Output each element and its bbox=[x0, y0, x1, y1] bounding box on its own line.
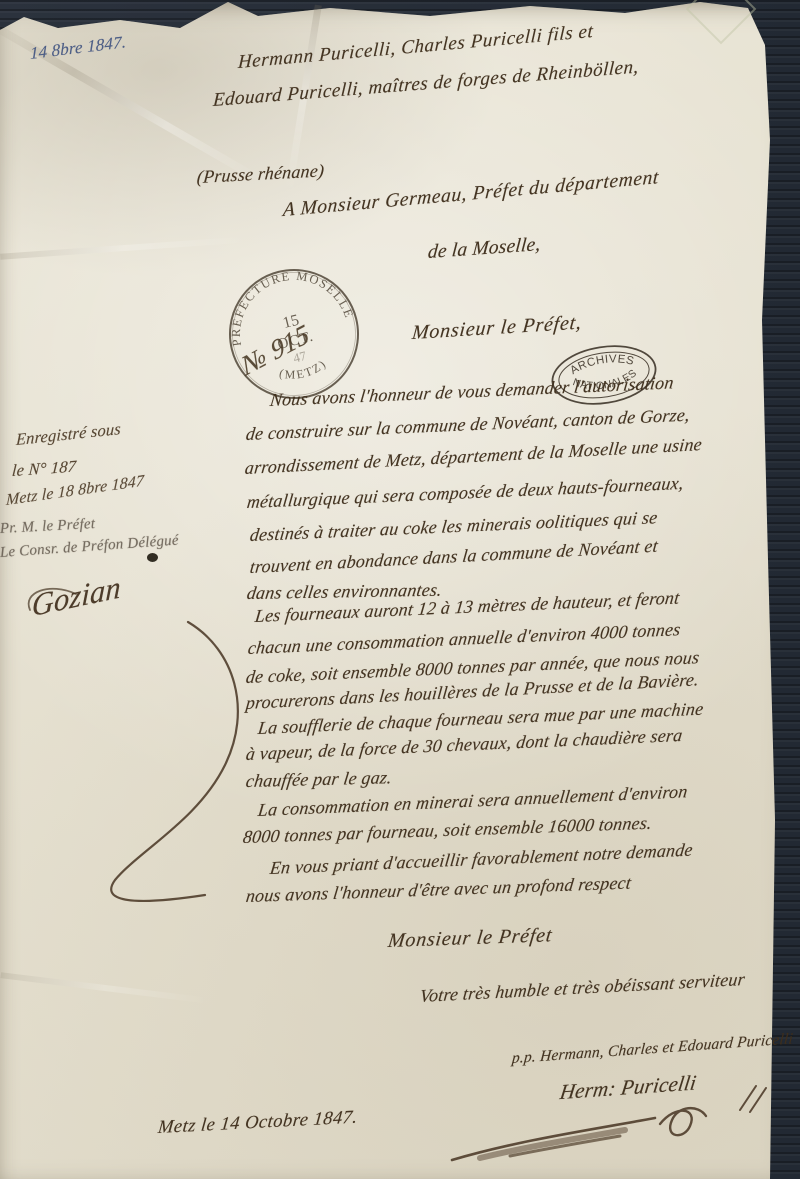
signature-flourish bbox=[420, 1078, 780, 1173]
registrar-flourish bbox=[20, 580, 280, 920]
document-photo: 14 8bre 1847. Hermann Puricelli, Charles… bbox=[0, 0, 800, 1179]
body-line: chauffée par le gaz. bbox=[245, 767, 394, 792]
